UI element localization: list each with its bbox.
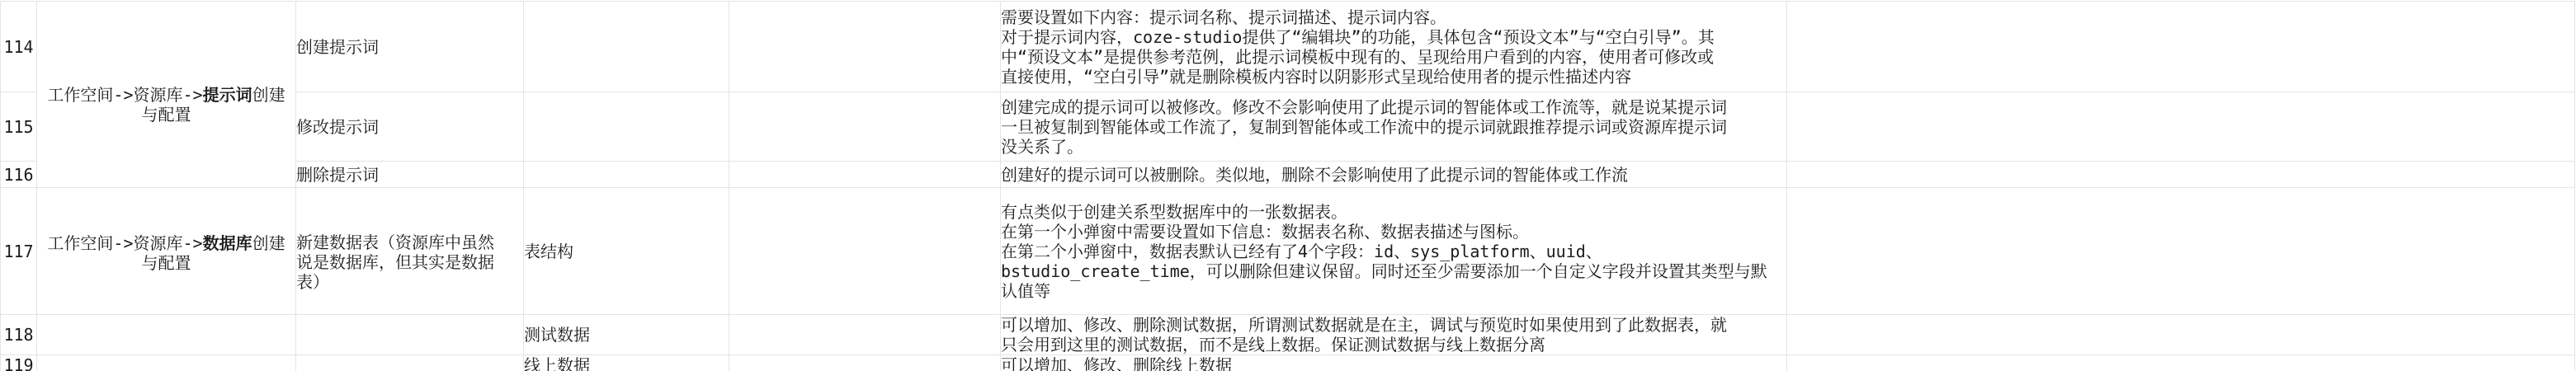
cell-section-119-empty[interactable] (37, 355, 296, 371)
cell-description-116[interactable]: 创建好的提示词可以被删除。类似地，删除不会影响使用了此提示词的智能体或工作流 (1001, 162, 1787, 188)
table-row: 117 工作空间->资源库->数据库创建 与配置 新建数据表（资源库中虽然 说是… (1, 188, 2575, 315)
cell-trailing-118-empty[interactable] (1787, 315, 2575, 355)
cell-114-empty[interactable] (729, 2, 1001, 92)
cell-description-118[interactable]: 可以增加、修改、删除测试数据，所谓测试数据就是在主，调试与预览时如果使用到了此数… (1001, 315, 1787, 355)
cell-row-number-117[interactable]: 117 (1, 188, 37, 315)
cell-subitem-116-empty[interactable] (524, 162, 729, 188)
cell-item-create-prompt[interactable]: 创建提示词 (296, 2, 524, 92)
cell-subitem-114-empty[interactable] (524, 2, 729, 92)
table-row: 118 测试数据 可以增加、修改、删除测试数据，所谓测试数据就是在主，调试与预览… (1, 315, 2575, 355)
cell-section-118-empty[interactable] (37, 315, 296, 355)
cell-item-119-empty[interactable] (296, 355, 524, 371)
cell-row-number-115[interactable]: 115 (1, 92, 37, 162)
table-row: 115 修改提示词 创建完成的提示词可以被修改。修改不会影响使用了此提示词的智能… (1, 92, 2575, 162)
section-prefix: 工作空间->资源库-> (47, 85, 202, 105)
cell-description-114[interactable]: 需要设置如下内容：提示词名称、提示词描述、提示词内容。 对于提示词内容，coze… (1001, 2, 1787, 92)
cell-item-118-empty[interactable] (296, 315, 524, 355)
section-bold-keyword: 数据库 (203, 233, 252, 253)
cell-description-117[interactable]: 有点类似于创建关系型数据库中的一张数据表。 在第一个小弹窗中需要设置如下信息：数… (1001, 188, 1787, 315)
cell-row-number-118[interactable]: 118 (1, 315, 37, 355)
table-row: 114 工作空间->资源库->提示词创建 与配置 创建提示词 需要设置如下内容：… (1, 2, 2575, 92)
cell-116-empty[interactable] (729, 162, 1001, 188)
table-row: 116 删除提示词 创建好的提示词可以被删除。类似地，删除不会影响使用了此提示词… (1, 162, 2575, 188)
cell-118-empty[interactable] (729, 315, 1001, 355)
cell-115-empty[interactable] (729, 92, 1001, 162)
cell-trailing-114-empty[interactable] (1787, 2, 2575, 92)
cell-description-119[interactable]: 可以增加、修改、删除线上数据 (1001, 355, 1787, 371)
cell-trailing-119-empty[interactable] (1787, 355, 2575, 371)
cell-subitem-online-data[interactable]: 线上数据 (524, 355, 729, 371)
cell-row-number-116[interactable]: 116 (1, 162, 37, 188)
cell-subitem-115-empty[interactable] (524, 92, 729, 162)
cell-section-database-config[interactable]: 工作空间->资源库->数据库创建 与配置 (37, 188, 296, 315)
cell-row-number-114[interactable]: 114 (1, 2, 37, 92)
cell-subitem-table-structure[interactable]: 表结构 (524, 188, 729, 315)
document-table-region: 114 工作空间->资源库->提示词创建 与配置 创建提示词 需要设置如下内容：… (0, 0, 2576, 371)
spreadsheet-table: 114 工作空间->资源库->提示词创建 与配置 创建提示词 需要设置如下内容：… (0, 1, 2575, 371)
table-row: 119 线上数据 可以增加、修改、删除线上数据 (1, 355, 2575, 371)
cell-trailing-116-empty[interactable] (1787, 162, 2575, 188)
cell-item-delete-prompt[interactable]: 删除提示词 (296, 162, 524, 188)
cell-section-prompt-config[interactable]: 工作空间->资源库->提示词创建 与配置 (37, 2, 296, 188)
section-prefix: 工作空间->资源库-> (47, 233, 202, 253)
cell-subitem-test-data[interactable]: 测试数据 (524, 315, 729, 355)
cell-item-edit-prompt[interactable]: 修改提示词 (296, 92, 524, 162)
cell-row-number-119[interactable]: 119 (1, 355, 37, 371)
cell-item-create-datatable[interactable]: 新建数据表（资源库中虽然 说是数据库，但其实是数据 表） (296, 188, 524, 315)
cell-117-empty[interactable] (729, 188, 1001, 315)
cell-description-115[interactable]: 创建完成的提示词可以被修改。修改不会影响使用了此提示词的智能体或工作流等，就是说… (1001, 92, 1787, 162)
cell-trailing-117-empty[interactable] (1787, 188, 2575, 315)
cell-119-empty[interactable] (729, 355, 1001, 371)
section-bold-keyword: 提示词 (203, 85, 252, 105)
cell-trailing-115-empty[interactable] (1787, 92, 2575, 162)
